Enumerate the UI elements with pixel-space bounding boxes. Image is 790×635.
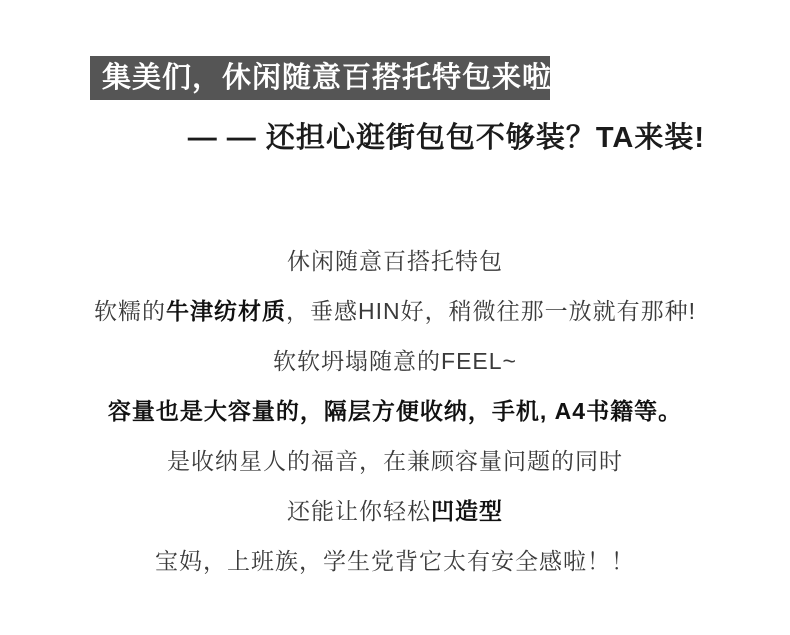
body-line: 容量也是大容量的，隔层方便收纳，手机, A4书籍等。 [0, 386, 790, 436]
body-line: 软软坍塌随意的FEEL~ [0, 336, 790, 386]
headline-banner: 集美们，休闲随意百搭托特包来啦! [90, 56, 550, 100]
subheadline: — — 还担心逛街包包不够装？TA来装! [0, 116, 705, 160]
body-line: 休闲随意百搭托特包 [0, 236, 790, 286]
subheadline-text: — — 还担心逛街包包不够装？TA来装! [188, 122, 705, 154]
description-block: 休闲随意百搭托特包软糯的牛津纺材质，垂感HIN好，稍微往那一放就有那种!软软坍塌… [0, 236, 790, 586]
body-text: 是收纳星人的福音，在兼顾容量问题的同时 [167, 448, 623, 474]
body-text-bold: 牛津纺材质 [166, 298, 286, 324]
body-text-bold: 容量也是大容量的，隔层方便收纳，手机, A4书籍等。 [108, 398, 682, 424]
body-text: 软糯的 [94, 298, 166, 324]
body-text: 软软坍塌随意的FEEL~ [273, 348, 517, 374]
body-line: 软糯的牛津纺材质，垂感HIN好，稍微往那一放就有那种! [0, 286, 790, 336]
body-text-bold: 凹造型 [431, 498, 503, 524]
body-text: ，垂感HIN好，稍微往那一放就有那种! [286, 298, 696, 324]
body-text: 还能让你轻松 [287, 498, 431, 524]
headline-banner-text: 集美们，休闲随意百搭托特包来啦! [102, 62, 563, 94]
body-text: 宝妈，上班族，学生党背它太有安全感啦！！ [155, 548, 635, 574]
body-line: 还能让你轻松凹造型 [0, 486, 790, 536]
promo-image: 集美们，休闲随意百搭托特包来啦! — — 还担心逛街包包不够装？TA来装! 休闲… [0, 0, 790, 635]
body-line: 是收纳星人的福音，在兼顾容量问题的同时 [0, 436, 790, 486]
body-line: 宝妈，上班族，学生党背它太有安全感啦！！ [0, 536, 790, 586]
body-text: 休闲随意百搭托特包 [287, 248, 503, 274]
